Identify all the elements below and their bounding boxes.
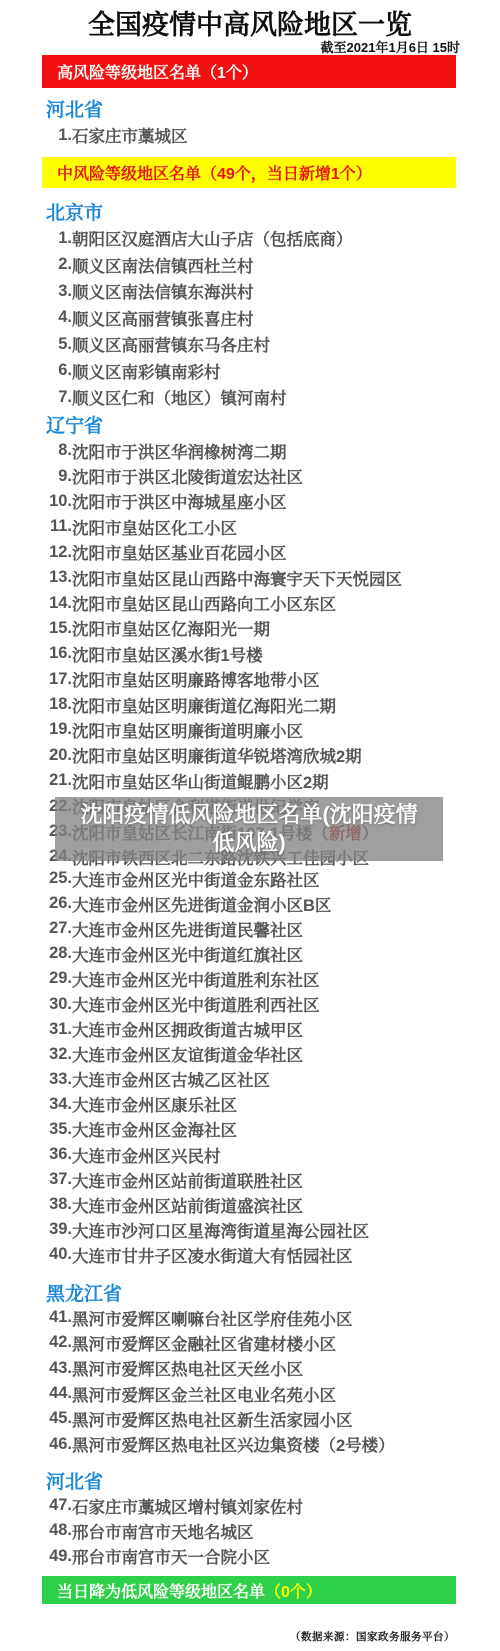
risk-area-item: 7.顺义区仁和（地区）镇河南村 [30,384,494,411]
item-name: 大连市金州区站前街道联胜社区 [72,1168,303,1192]
item-name: 顺义区仁和（地区）镇河南村 [72,385,287,409]
item-name: 沈阳市皇姑区昆山西路中海寰宇天下天悦园区 [72,566,402,590]
risk-area-item: 20.沈阳市皇姑区明廉街道华锐塔湾欣城2期 [30,743,494,768]
item-number: 40. [30,1245,72,1264]
medium-risk-banner-count: （49个，当日新增1个） [201,161,372,184]
risk-area-item: 40.大连市甘井子区凌水街道大有恬园社区 [30,1242,494,1267]
item-name: 沈阳市皇姑区昆山西路向工小区东区 [72,591,336,615]
item-name: 大连市金州区康乐社区 [72,1092,237,1116]
province-header-hebei-medium: 河北省 [46,1467,103,1494]
item-number: 21. [30,771,72,790]
risk-area-item: 17.沈阳市皇姑区明廉路博客地带小区 [30,667,494,692]
item-name: 大连市沙河口区星海湾街道星海公园社区 [72,1218,369,1242]
item-number: 37. [30,1170,72,1189]
item-number: 45. [30,1409,72,1428]
lowered-today-banner: 当日降为低风险等级地区名单（0个） [42,1576,456,1604]
item-number: 44. [30,1384,72,1403]
item-name: 沈阳市皇姑区化工小区 [72,515,237,539]
item-number: 16. [30,644,72,663]
risk-area-item: 6.顺义区南彩镇南彩村 [30,358,494,385]
item-name: 石家庄市藁城区增村镇刘家佐村 [72,1494,303,1518]
risk-area-item: 25.大连市金州区光中街道金东路社区 [30,866,494,891]
risk-area-item: 1.石家庄市藁城区 [30,122,494,148]
risk-area-item: 1.朝阳区汉庭酒店大山子店（包括底商） [30,225,494,252]
item-name: 大连市金州区站前街道盛滨社区 [72,1193,303,1217]
item-number: 47. [30,1496,72,1515]
item-name: 沈阳市皇姑区溪水街1号楼 [72,642,263,666]
item-name: 大连市金州区古城乙区社区 [72,1067,270,1091]
risk-area-item: 26.大连市金州区先进街道金润小区B区 [30,891,494,916]
province-header-heilongjiang: 黑龙江省 [46,1279,122,1306]
item-number: 48. [30,1521,72,1540]
high-risk-banner-label: 高风险等级地区名单 [57,60,201,83]
item-number: 43. [30,1359,72,1378]
risk-area-item: 31.大连市金州区拥政街道古城甲区 [30,1017,494,1042]
item-number: 28. [30,944,72,963]
risk-area-item: 47.石家庄市藁城区增村镇刘家佐村 [30,1493,494,1518]
as-of-date: 截至2021年1月6日 15时 [321,37,460,56]
item-name: 顺义区南法信镇西杜兰村 [72,253,254,277]
province-header-beijing: 北京市 [46,198,103,225]
item-number: 10. [30,492,72,511]
risk-area-item: 19.沈阳市皇姑区明廉街道明廉小区 [30,717,494,742]
item-name: 顺义区高丽营镇张喜庄村 [72,306,254,330]
item-number: 18. [30,695,72,714]
medium-risk-banner-label: 中风险等级地区名单 [57,161,201,184]
risk-area-item: 36.大连市金州区兴民村 [30,1142,494,1167]
item-number: 39. [30,1220,72,1239]
item-name: 沈阳市皇姑区基业百花园小区 [72,540,287,564]
item-name: 大连市金州区先进街道金润小区B区 [72,892,331,916]
item-number: 13. [30,568,72,587]
risk-area-item: 16.沈阳市皇姑区溪水街1号楼 [30,641,494,666]
item-name: 沈阳市皇姑区明廉街道明廉小区 [72,718,303,742]
item-number: 41. [30,1308,72,1327]
risk-area-item: 43.黑河市爱辉区热电社区天丝小区 [30,1356,494,1381]
item-name: 沈阳市皇姑区明廉街道亿海阳光二期 [72,693,336,717]
medium-risk-banner: 中风险等级地区名单（49个，当日新增1个） [42,157,456,188]
item-number: 30. [30,995,72,1014]
item-name: 大连市金州区光中街道胜利西社区 [72,992,320,1016]
risk-area-item: 28.大连市金州区光中街道红旗社区 [30,941,494,966]
item-name: 沈阳市皇姑区华山街道鲲鹏小区2期 [72,769,329,793]
item-number: 36. [30,1145,72,1164]
risk-area-item: 13.沈阳市皇姑区昆山西路中海寰宇天下天悦园区 [30,565,494,590]
item-number: 25. [30,869,72,888]
item-name: 邢台市南宫市天一合院小区 [72,1544,270,1568]
item-name: 大连市金州区光中街道胜利东社区 [72,967,320,991]
risk-area-item: 42.黑河市爱辉区金融社区省建材楼小区 [30,1330,494,1355]
risk-area-item: 46.黑河市爱辉区热电社区兴边集资楼（2号楼） [30,1431,494,1456]
item-number: 15. [30,619,72,638]
risk-area-item: 30.大连市金州区光中街道胜利西社区 [30,991,494,1016]
risk-area-item: 45.黑河市爱辉区热电社区新生活家园小区 [30,1406,494,1431]
item-name: 沈阳市皇姑区明廉街道华锐塔湾欣城2期 [72,743,362,767]
item-number: 5. [30,335,72,354]
item-number: 42. [30,1333,72,1352]
risk-area-item: 4.顺义区高丽营镇张喜庄村 [30,305,494,332]
item-number: 1. [30,229,72,248]
risk-area-item: 49.邢台市南宫市天一合院小区 [30,1544,494,1569]
item-number: 9. [30,467,72,486]
risk-area-item: 5.顺义区高丽营镇东马各庄村 [30,331,494,358]
high-risk-banner: 高风险等级地区名单（1个） [42,55,456,88]
item-number: 6. [30,361,72,380]
item-name: 黑河市爱辉区热电社区天丝小区 [72,1356,303,1380]
risk-area-item: 48.邢台市南宫市天地名城区 [30,1518,494,1543]
item-name: 黑河市爱辉区金融社区省建材楼小区 [72,1331,336,1355]
risk-area-item: 11.沈阳市皇姑区化工小区 [30,514,494,539]
beijing-item-list: 1.朝阳区汉庭酒店大山子店（包括底商）2.顺义区南法信镇西杜兰村3.顺义区南法信… [30,225,494,411]
risk-area-item: 9.沈阳市于洪区北陵街道宏达社区 [30,463,494,488]
item-number: 19. [30,720,72,739]
item-name: 沈阳市于洪区华润橡树湾二期 [72,439,287,463]
risk-area-item: 3.顺义区南法信镇东海洪村 [30,278,494,305]
heihe-item-list: 41.黑河市爱辉区喇嘛台社区学府佳苑小区42.黑河市爱辉区金融社区省建材楼小区4… [30,1305,494,1457]
item-name: 大连市甘井子区凌水街道大有恬园社区 [72,1243,353,1267]
risk-area-item: 34.大连市金州区康乐社区 [30,1092,494,1117]
item-name: 邢台市南宫市天地名城区 [72,1519,254,1543]
item-name: 沈阳市于洪区中海城星座小区 [72,489,287,513]
hebei-item-list: 47.石家庄市藁城区增村镇刘家佐村48.邢台市南宫市天地名城区49.邢台市南宫市… [30,1493,494,1569]
risk-area-item: 15.沈阳市皇姑区亿海阳光一期 [30,616,494,641]
item-number: 33. [30,1070,72,1089]
risk-area-item: 29.大连市金州区光中街道胜利东社区 [30,966,494,991]
lowered-today-banner-count: （0个） [265,1579,322,1602]
item-name: 大连市金州区兴民村 [72,1143,221,1167]
risk-area-item: 44.黑河市爱辉区金兰社区电业名苑小区 [30,1381,494,1406]
item-number: 11. [30,517,72,536]
item-name: 石家庄市藁城区 [72,123,188,147]
item-number: 27. [30,919,72,938]
item-number: 17. [30,670,72,689]
risk-area-item: 8.沈阳市于洪区华润橡树湾二期 [30,438,494,463]
item-number: 12. [30,543,72,562]
item-name: 顺义区南彩镇南彩村 [72,359,221,383]
caption-overlay: 沈阳疫情低风险地区名单(沈阳疫情 低风险) [55,797,443,861]
risk-area-item: 35.大连市金州区金海社区 [30,1117,494,1142]
risk-area-item: 39.大连市沙河口区星海湾街道星海公园社区 [30,1217,494,1242]
item-number: 29. [30,969,72,988]
province-header-liaoning: 辽宁省 [46,411,103,438]
risk-area-item: 12.沈阳市皇姑区基业百花园小区 [30,540,494,565]
item-number: 31. [30,1020,72,1039]
item-name: 黑河市爱辉区金兰社区电业名苑小区 [72,1382,336,1406]
province-header-hebei-high: 河北省 [46,95,103,122]
item-name: 大连市金州区友谊街道金华社区 [72,1042,303,1066]
item-number: 2. [30,255,72,274]
item-number: 14. [30,594,72,613]
risk-area-item: 37.大连市金州区站前街道联胜社区 [30,1167,494,1192]
high-risk-item-list: 1.石家庄市藁城区 [30,122,494,148]
item-name: 大连市金州区光中街道红旗社区 [72,942,303,966]
dalian-item-list: 25.大连市金州区光中街道金东路社区26.大连市金州区先进街道金润小区B区27.… [30,866,494,1268]
item-name: 黑河市爱辉区热电社区新生活家园小区 [72,1407,353,1431]
risk-area-item: 32.大连市金州区友谊街道金华社区 [30,1042,494,1067]
item-number: 49. [30,1547,72,1566]
item-number: 3. [30,282,72,301]
item-name: 黑河市爱辉区热电社区兴边集资楼（2号楼） [72,1432,395,1456]
risk-area-item: 41.黑河市爱辉区喇嘛台社区学府佳苑小区 [30,1305,494,1330]
item-number: 38. [30,1195,72,1214]
item-name: 沈阳市于洪区北陵街道宏达社区 [72,464,303,488]
item-number: 4. [30,308,72,327]
item-number: 26. [30,894,72,913]
item-number: 32. [30,1045,72,1064]
item-number: 8. [30,441,72,460]
risk-area-item: 2.顺义区南法信镇西杜兰村 [30,252,494,279]
item-name: 大连市金州区先进街道民馨社区 [72,917,303,941]
item-name: 沈阳市皇姑区亿海阳光一期 [72,616,270,640]
high-risk-banner-count: （1个） [201,60,258,83]
risk-area-item: 27.大连市金州区先进街道民馨社区 [30,916,494,941]
item-name: 黑河市爱辉区喇嘛台社区学府佳苑小区 [72,1306,353,1330]
item-number: 7. [30,388,72,407]
risk-area-item: 21.沈阳市皇姑区华山街道鲲鹏小区2期 [30,768,494,793]
risk-area-item: 38.大连市金州区站前街道盛滨社区 [30,1192,494,1217]
lowered-today-banner-label: 当日降为低风险等级地区名单 [57,1579,265,1602]
item-name: 沈阳市皇姑区明廉路博客地带小区 [72,667,320,691]
item-name: 顺义区南法信镇东海洪村 [72,279,254,303]
data-source: （数据来源：国家政务服务平台） [290,1629,455,1644]
risk-area-item: 10.沈阳市于洪区中海城星座小区 [30,489,494,514]
item-number: 46. [30,1435,72,1454]
item-name: 大连市金州区光中街道金东路社区 [72,867,320,891]
item-name: 顺义区高丽营镇东马各庄村 [72,332,270,356]
item-number: 35. [30,1120,72,1139]
item-number: 20. [30,746,72,765]
risk-area-item: 14.沈阳市皇姑区昆山西路向工小区东区 [30,590,494,615]
risk-area-infographic: 全国疫情中高风险地区一览 截至2021年1月6日 15时 高风险等级地区名单（1… [0,0,500,1651]
item-name: 朝阳区汉庭酒店大山子店（包括底商） [72,226,353,250]
item-name: 大连市金州区金海社区 [72,1117,237,1141]
item-name: 大连市金州区拥政街道古城甲区 [72,1017,303,1041]
risk-area-item: 33.大连市金州区古城乙区社区 [30,1067,494,1092]
item-number: 34. [30,1095,72,1114]
risk-area-item: 18.沈阳市皇姑区明廉街道亿海阳光二期 [30,692,494,717]
item-number: 1. [30,126,72,145]
